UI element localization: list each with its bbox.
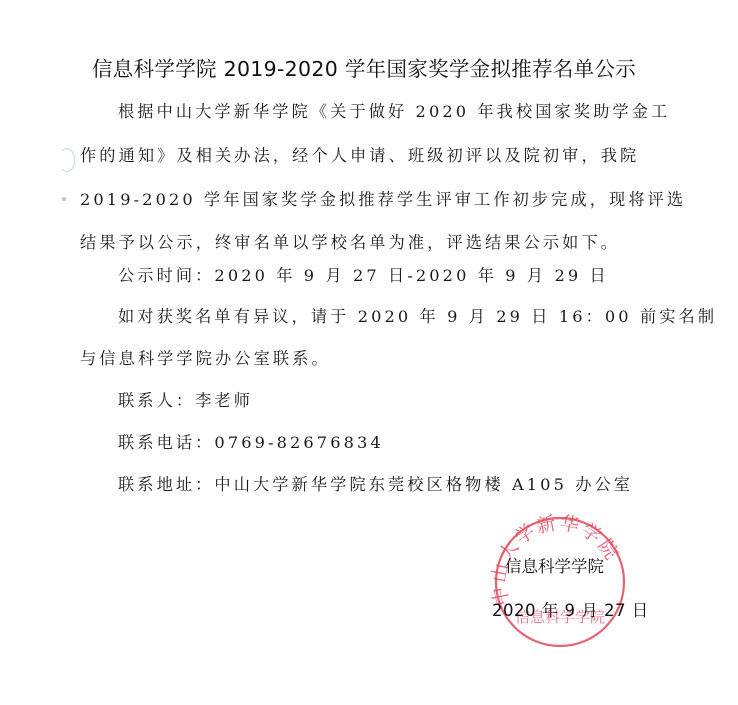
intro-line-3: 2019-2020 学年国家奖学金拟推荐学生评审工作初步完成，现将评选	[80, 186, 686, 210]
intro-line-1: 根据中山大学新华学院《关于做好 2020 年我校国家奖助学金工	[118, 98, 670, 122]
signature-date: 2020 年 9 月 27 日	[492, 597, 649, 621]
objection-line-2: 与信息科学学院办公室联系。	[80, 345, 331, 369]
scan-artifact-dot	[62, 197, 66, 201]
scanned-document-page: 信息科学学院 2019-2020 学年国家奖学金拟推荐名单公示 根据中山大学新华…	[0, 0, 738, 705]
signature-department: 信息科学学院	[505, 553, 604, 577]
contact-person: 联系人：李老师	[118, 387, 253, 411]
official-seal-icon: 中山大学新华学院 信息科学学院	[488, 512, 633, 652]
announcement-period: 公示时间：2020 年 9 月 27 日-2020 年 9 月 29 日	[118, 262, 609, 286]
contact-address: 联系地址：中山大学新华学院东莞校区格物楼 A105 办公室	[118, 471, 633, 495]
objection-line-1: 如对获奖名单有异议，请于 2020 年 9 月 29 日 16：00 前实名制	[118, 303, 717, 327]
intro-line-4: 结果予以公示，终审名单以学校名单为准，评选结果公示如下。	[80, 229, 620, 253]
intro-line-2: 作的通知》及相关办法，经个人申请、班级初评以及院初审，我院	[80, 142, 639, 166]
document-title: 信息科学学院 2019-2020 学年国家奖学金拟推荐名单公示	[92, 52, 672, 82]
scan-artifact-mark	[59, 148, 75, 172]
contact-phone: 联系电话：0769-82676834	[118, 429, 384, 453]
